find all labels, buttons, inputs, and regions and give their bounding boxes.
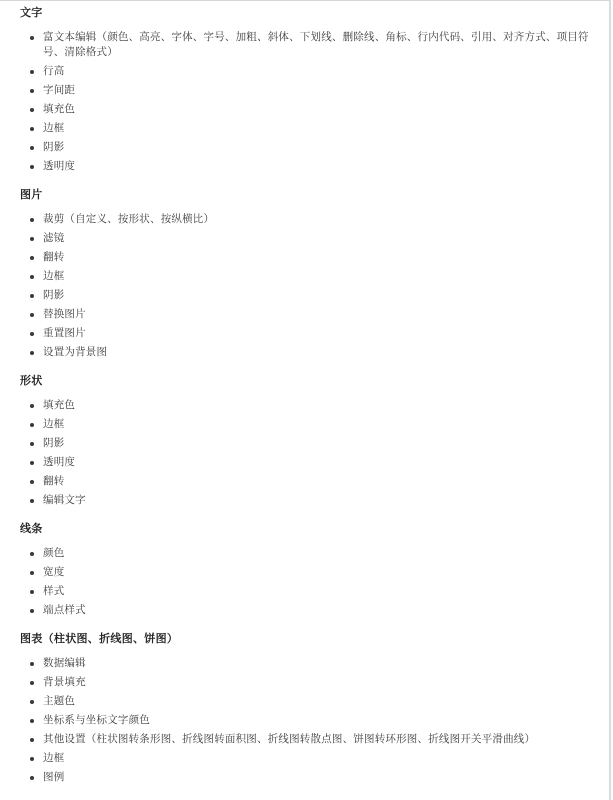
list-item: 坐标系与坐标文字颜色 (20, 713, 595, 728)
section-chart: 图表（柱状图、折线图、饼图） 数据编辑 背景填充 主题色 坐标系与坐标文字颜色 … (20, 631, 595, 785)
section-items: 富文本编辑（颜色、高亮、字体、字号、加粗、斜体、下划线、删除线、角标、行内代码、… (20, 30, 595, 174)
list-item: 翻转 (20, 250, 595, 265)
bullet-icon (30, 776, 34, 780)
list-item: 裁剪（自定义、按形状、按纵横比） (20, 212, 595, 227)
document-frame: 文字 富文本编辑（颜色、高亮、字体、字号、加粗、斜体、下划线、删除线、角标、行内… (0, 0, 611, 800)
bullet-icon (30, 218, 34, 222)
bullet-icon (30, 461, 34, 465)
bullet-icon (30, 590, 34, 594)
list-item: 边框 (20, 121, 595, 136)
bullet-icon (30, 499, 34, 503)
list-item: 边框 (20, 751, 595, 766)
bullet-icon (30, 89, 34, 93)
feature-list: 文字 富文本编辑（颜色、高亮、字体、字号、加粗、斜体、下划线、删除线、角标、行内… (20, 5, 595, 798)
list-item: 阴影 (20, 140, 595, 155)
bullet-icon (30, 681, 34, 685)
list-item: 边框 (20, 269, 595, 284)
bullet-icon (30, 351, 34, 355)
list-item: 背景填充 (20, 675, 595, 690)
bullet-icon (30, 332, 34, 336)
list-item: 透明度 (20, 159, 595, 174)
bullet-icon (30, 70, 34, 74)
bullet-icon (30, 127, 34, 131)
section-items: 裁剪（自定义、按形状、按纵横比） 滤镜 翻转 边框 阴影 替换图片 重置图片 设… (20, 212, 595, 360)
list-item: 样式 (20, 584, 595, 599)
bullet-icon (30, 719, 34, 723)
bullet-icon (30, 423, 34, 427)
list-item: 重置图片 (20, 326, 595, 341)
list-item: 富文本编辑（颜色、高亮、字体、字号、加粗、斜体、下划线、删除线、角标、行内代码、… (20, 30, 595, 60)
section-title: 图表（柱状图、折线图、饼图） (20, 631, 595, 647)
list-item: 填充色 (20, 102, 595, 117)
list-item: 边框 (20, 417, 595, 432)
bullet-icon (30, 757, 34, 761)
list-item: 替换图片 (20, 307, 595, 322)
bullet-icon (30, 700, 34, 704)
bullet-icon (30, 294, 34, 298)
section-shape: 形状 填充色 边框 阴影 透明度 翻转 编辑文字 (20, 373, 595, 508)
list-item: 颜色 (20, 546, 595, 561)
section-image: 图片 裁剪（自定义、按形状、按纵横比） 滤镜 翻转 边框 阴影 替换图片 重置图… (20, 187, 595, 360)
list-item: 填充色 (20, 398, 595, 413)
section-items: 颜色 宽度 样式 端点样式 (20, 546, 595, 618)
bullet-icon (30, 571, 34, 575)
list-item: 翻转 (20, 474, 595, 489)
bullet-icon (30, 552, 34, 556)
list-item: 端点样式 (20, 603, 595, 618)
bullet-icon (30, 165, 34, 169)
section-items: 数据编辑 背景填充 主题色 坐标系与坐标文字颜色 其他设置（柱状图转条形图、折线… (20, 656, 595, 785)
list-item: 宽度 (20, 565, 595, 580)
section-title: 文字 (20, 5, 595, 21)
bullet-icon (30, 36, 34, 40)
section-line: 线条 颜色 宽度 样式 端点样式 (20, 521, 595, 618)
list-item: 阴影 (20, 288, 595, 303)
list-item: 阴影 (20, 436, 595, 451)
bullet-icon (30, 237, 34, 241)
bullet-icon (30, 662, 34, 666)
bullet-icon (30, 609, 34, 613)
list-item: 滤镜 (20, 231, 595, 246)
section-items: 填充色 边框 阴影 透明度 翻转 编辑文字 (20, 398, 595, 508)
list-item: 行高 (20, 64, 595, 79)
bullet-icon (30, 313, 34, 317)
bullet-icon (30, 404, 34, 408)
bullet-icon (30, 738, 34, 742)
list-item: 主题色 (20, 694, 595, 709)
bullet-icon (30, 108, 34, 112)
list-item: 设置为背景图 (20, 345, 595, 360)
list-item: 字间距 (20, 83, 595, 98)
section-title: 线条 (20, 521, 595, 537)
list-item: 其他设置（柱状图转条形图、折线图转面积图、折线图转散点图、饼图转环形图、折线图开… (20, 732, 595, 747)
bullet-icon (30, 146, 34, 150)
section-title: 形状 (20, 373, 595, 389)
list-item: 图例 (20, 770, 595, 785)
list-item: 透明度 (20, 455, 595, 470)
bullet-icon (30, 275, 34, 279)
bullet-icon (30, 442, 34, 446)
bullet-icon (30, 256, 34, 260)
list-item: 编辑文字 (20, 493, 595, 508)
bullet-icon (30, 480, 34, 484)
section-text: 文字 富文本编辑（颜色、高亮、字体、字号、加粗、斜体、下划线、删除线、角标、行内… (20, 5, 595, 174)
section-title: 图片 (20, 187, 595, 203)
list-item: 数据编辑 (20, 656, 595, 671)
